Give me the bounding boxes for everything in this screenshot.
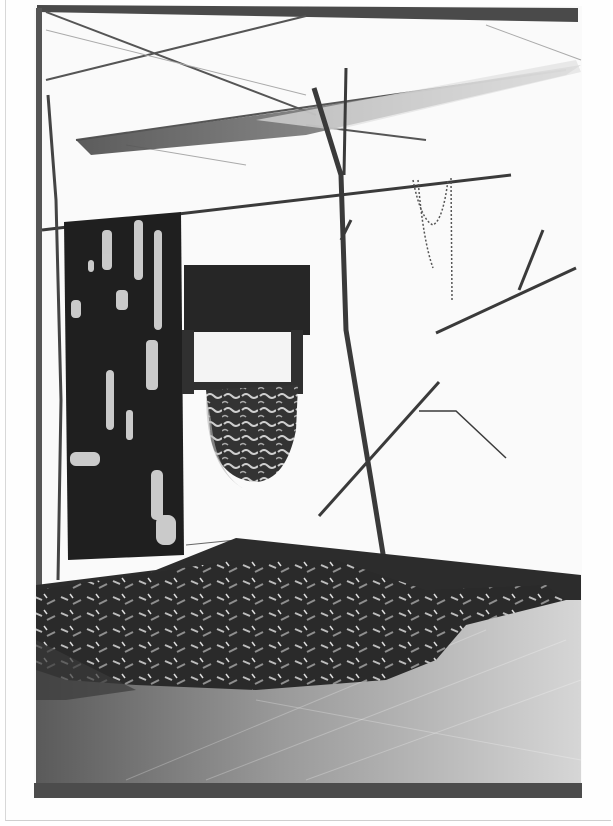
wall-frame <box>184 265 310 335</box>
installation-photo <box>6 0 611 820</box>
patterned-textile-banner <box>64 212 184 560</box>
left-frame-post <box>36 8 42 588</box>
photo-bottom-edge <box>34 783 582 798</box>
photo-print <box>5 0 611 821</box>
